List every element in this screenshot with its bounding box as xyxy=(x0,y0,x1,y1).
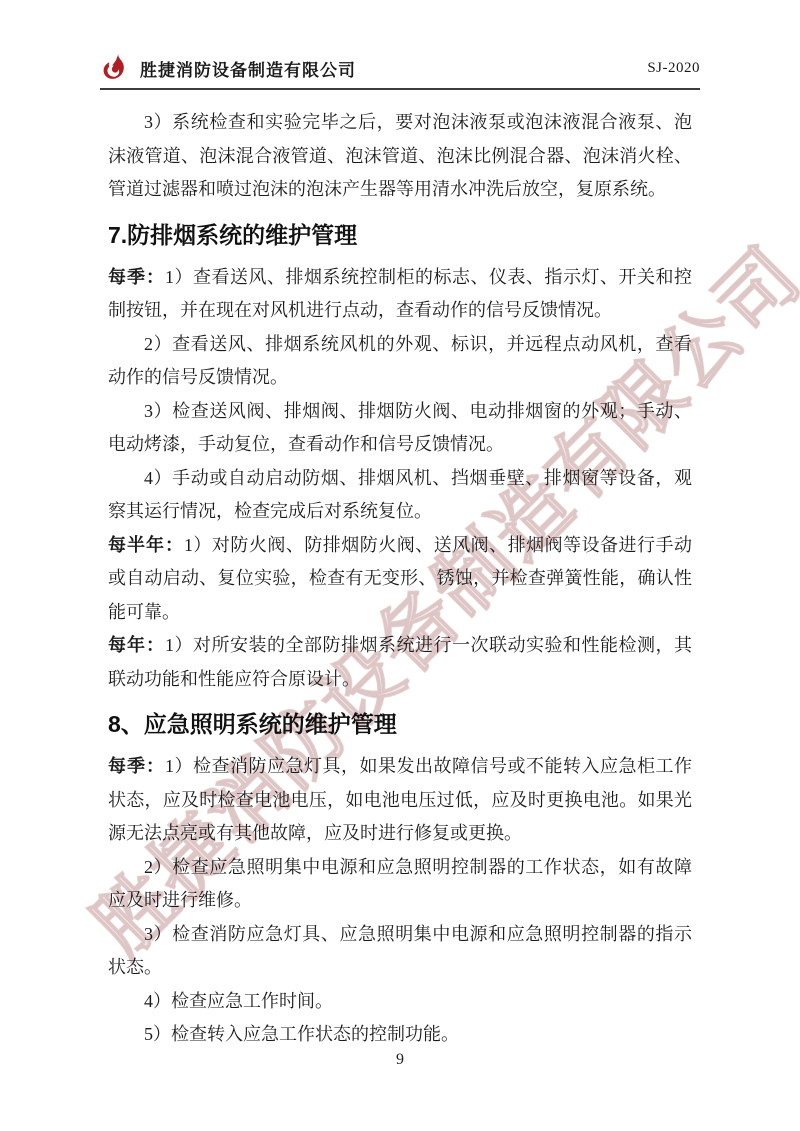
page-header: 胜捷消防设备制造有限公司 SJ-2020 xyxy=(100,48,700,88)
company-name: 胜捷消防设备制造有限公司 xyxy=(140,56,356,81)
paragraph: 3）检查消防应急灯具、应急照明集中电源和应急照明控制器的指示状态。 xyxy=(108,918,692,985)
section-heading: 7.防排烟系统的维护管理 xyxy=(108,219,692,251)
paragraph: 5）检查转入应急工作状态的控制功能。 xyxy=(108,1018,692,1052)
paragraph: 4）检查应急工作时间。 xyxy=(108,985,692,1019)
section-heading: 8、应急照明系统的维护管理 xyxy=(108,708,692,740)
frequency-label: 每季： xyxy=(108,756,165,776)
paragraph: 2）查看送风、排烟系统风机的外观、标识，并远程点动风机，查看动作的信号反馈情况。 xyxy=(108,328,692,395)
paragraph: 每半年：1）对防火阀、防排烟防火阀、送风阀、排烟阀等设备进行手动或自动启动、复位… xyxy=(108,529,692,630)
frequency-label: 每季： xyxy=(108,267,165,287)
page-number: 9 xyxy=(0,1051,800,1069)
header-divider xyxy=(100,88,700,90)
document-body: 3）系统检查和实验完毕之后，要对泡沫液泵或泡沫液混合液泵、泡沫液管道、泡沫混合液… xyxy=(108,106,692,1052)
paragraph: 3）检查送风阀、排烟阀、排烟防火阀、电动排烟窗的外观；手动、电动烤漆，手动复位，… xyxy=(108,395,692,462)
paragraph: 每年：1）对所安装的全部防排烟系统进行一次联动实验和性能检测，其联动功能和性能应… xyxy=(108,629,692,696)
document-page: 胜捷消防设备制造有限公司 胜捷消防设备制造有限公司 SJ-2020 3）系统检查… xyxy=(0,0,800,1131)
paragraph: 2）检查应急照明集中电源和应急照明控制器的工作状态，如有故障应及时进行维修。 xyxy=(108,851,692,918)
paragraph: 每季：1）检查消防应急灯具，如果发出故障信号或不能转入应急柜工作状态，应及时检查… xyxy=(108,750,692,851)
frequency-label: 每年： xyxy=(108,635,165,655)
frequency-label: 每半年： xyxy=(108,535,184,555)
flame-icon xyxy=(100,51,130,85)
paragraph: 4）手动或自动启动防烟、排烟风机、挡烟垂壁、排烟窗等设备，观察其运行情况，检查完… xyxy=(108,462,692,529)
paragraph: 3）系统检查和实验完毕之后，要对泡沫液泵或泡沫液混合液泵、泡沫液管道、泡沫混合液… xyxy=(108,106,692,207)
document-code: SJ-2020 xyxy=(647,60,700,77)
paragraph: 每季：1）查看送风、排烟系统控制柜的标志、仪表、指示灯、开关和控制按钮，并在现在… xyxy=(108,261,692,328)
